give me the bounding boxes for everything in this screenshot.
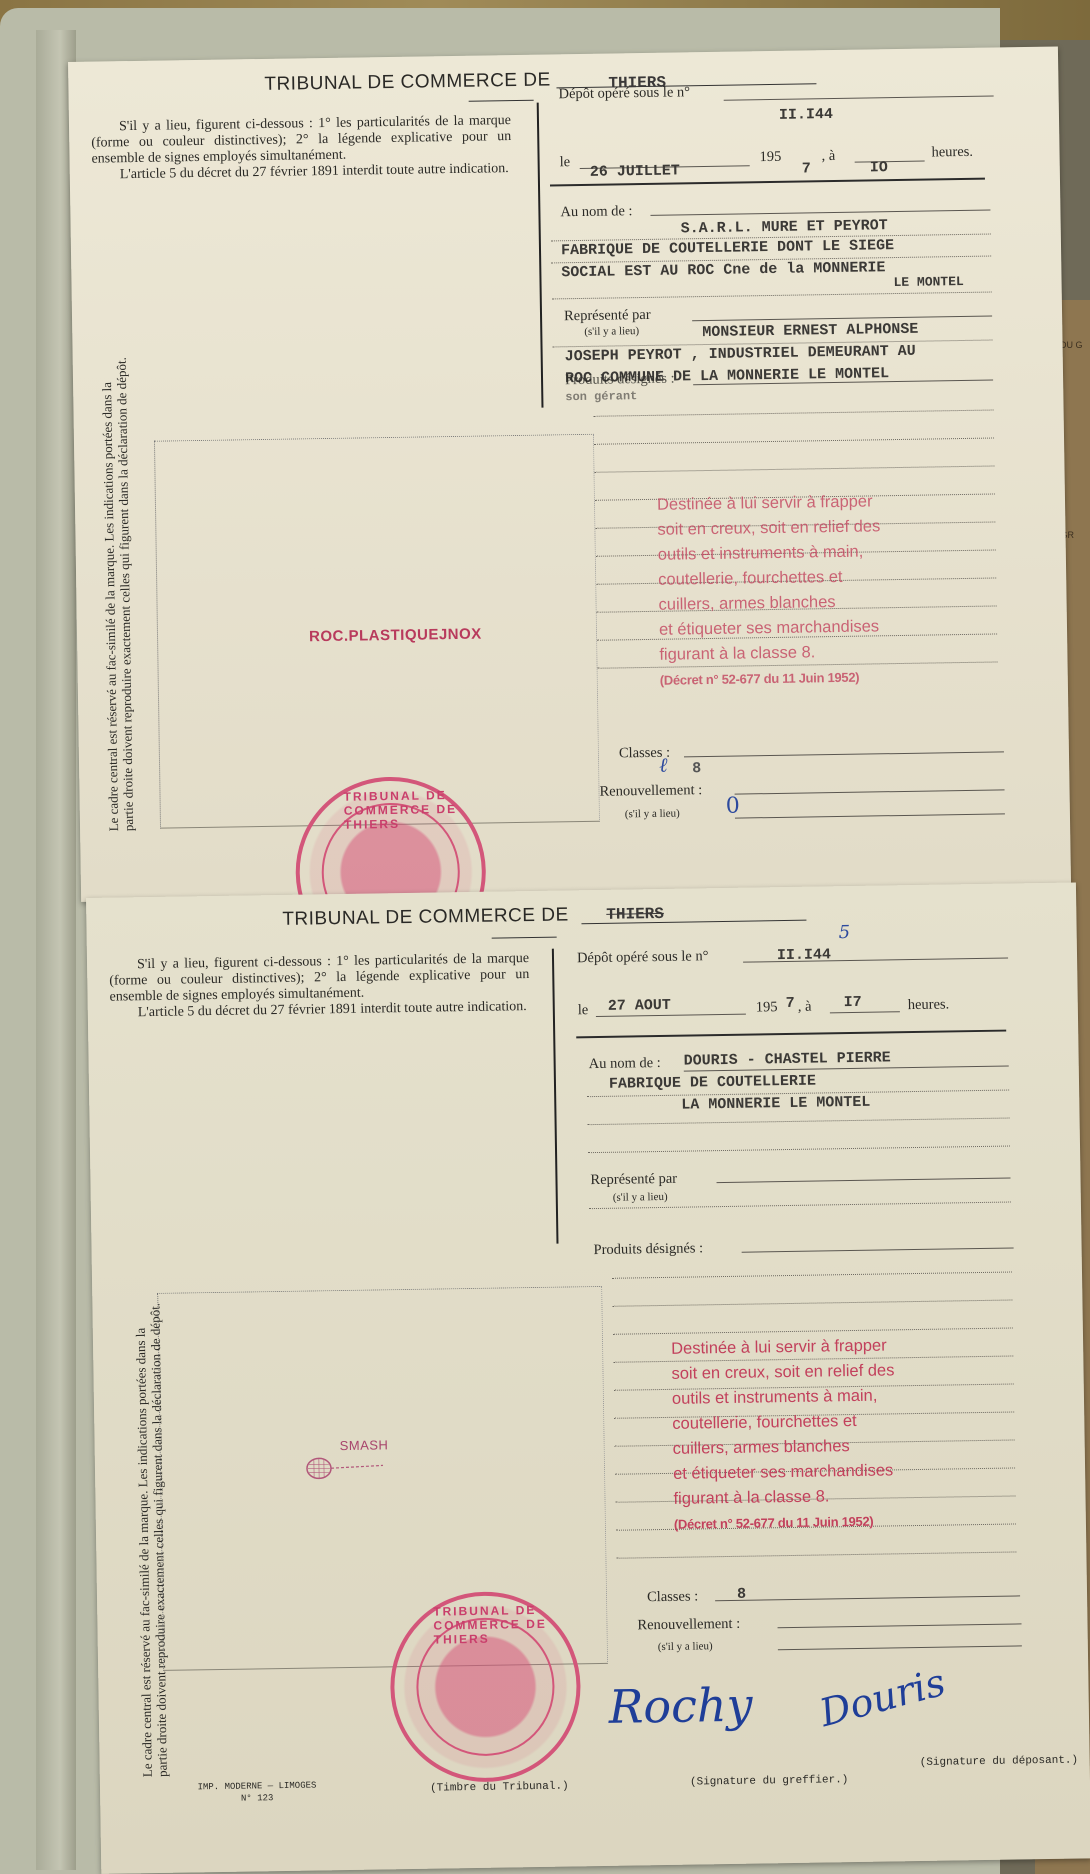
deposit-number-label: Dépôt opéré sous le n° [577,948,709,967]
products-label: Produits désignés : [565,371,675,390]
renewal-sublabel: (s'il y a lieu) [658,1640,713,1653]
depositor-signature: Douris [815,1660,950,1735]
handwritten-mark: ℓ [659,753,668,778]
products-line [742,1247,1014,1252]
classes-label: Classes : [647,1588,698,1606]
court-name: THIERS [606,905,664,924]
deposit-date: 26 JUILLET [590,162,680,180]
instructions: S'il y a lieu, figurent ci-dessous : 1° … [91,113,512,184]
name-label: Au nom de : [589,1055,661,1073]
products-stamp: Destinée à lui servir à frapper soit en … [657,489,930,693]
trademark-deposit-form-2: TRIBUNAL DE COMMERCE DE THIERS S'il y a … [86,882,1090,1873]
renewal-label: Renouvellement : [637,1616,740,1635]
renewal-line-2 [778,1645,1022,1650]
deposit-time: I7 [844,994,862,1011]
classes-line [684,751,1004,757]
name-line-3: LA MONNERIE LE MONTEL [681,1094,870,1114]
representative-line-1: MONSIEUR ERNEST ALPHONSE [702,321,918,341]
year-suffix: 7 [786,995,795,1012]
form-title: TRIBUNAL DE COMMERCE DE [264,69,551,95]
header-underline [492,937,557,939]
deposit-number-line [724,95,994,100]
time-suffix: heures. [931,144,973,162]
date-prefix: le [560,154,571,171]
year-suffix: 7 [802,160,811,177]
time-line [855,161,925,163]
deposit-number: II.I44 [779,106,833,124]
deposit-number: II.I44 [777,946,831,964]
seal-text: TRIBUNAL DE COMMERCE DE THIERS [343,788,481,832]
stamp-caption: (Timbre du Tribunal.) [430,1781,569,1795]
name-line [650,210,990,216]
tribunal-seal: TRIBUNAL DE COMMERCE DE THIERS [389,1590,582,1783]
classes-value: 8 [692,760,701,777]
name-line-3: SOCIAL EST AU ROC Cne de la MONNERIE [561,259,885,281]
time-prefix: , à [798,999,812,1016]
representative-sublabel: (s'il y a lieu) [613,1191,668,1204]
deposit-date: 27 AOUT [608,997,671,1015]
representative-line [717,1178,1011,1184]
classes-line [715,1595,1020,1601]
depositor-signature-caption: (Signature du déposant.) [920,1755,1079,1769]
clerk-signature-caption: (Signature du greffier.) [690,1774,849,1788]
name-label: Au nom de : [560,203,632,221]
deposit-number-label: Dépôt opéré sous le n° [558,84,690,103]
representative-label: Représenté par [564,307,651,325]
dotted-line [588,1146,1010,1154]
renewal-label: Renouvellement : [599,782,702,801]
dotted-line [612,1272,1012,1279]
trademark-wordmark: SMASH [340,1437,389,1453]
instructions: S'il y a lieu, figurent ci-dessous : 1° … [109,951,530,1022]
header-underline [469,100,534,102]
representative-line-4: son gérant [565,389,637,404]
renewal-sublabel: (s'il y a lieu) [625,807,680,820]
dotted-line [594,410,994,417]
seal-text: TRIBUNAL DE COMMERCE DE THIERS [433,1602,576,1646]
representative-label: Représenté par [590,1171,677,1189]
trademark-deposit-form-1: TRIBUNAL DE COMMERCE DE THIERS S'il y a … [68,46,1071,901]
trademark-wordmark: ROC.PLASTIQUEJNOX [309,626,482,646]
dotted-line [588,1118,1010,1126]
name-line-2: FABRIQUE DE COUTELLERIE [609,1073,816,1093]
year-prefix: 195 [756,999,778,1016]
representative-sublabel: (s'il y a lieu) [584,325,639,338]
time-suffix: heures. [908,996,950,1014]
handwritten-correction: 5 [838,922,850,943]
dotted-line [595,465,995,472]
renewal-line [735,789,1005,794]
column-divider [537,103,544,408]
renewal-line [778,1623,1022,1628]
form-title: TRIBUNAL DE COMMERCE DE [282,904,569,930]
clerk-signature: Rochy [608,1678,753,1734]
products-stamp: Destinée à lui servir à frapper soit en … [671,1333,944,1537]
products-label: Produits désignés : [593,1240,703,1259]
dotted-line [552,292,992,300]
deposit-time: IO [870,159,888,176]
dotted-line [612,1299,1012,1306]
classes-value: 8 [737,1586,746,1603]
handwritten-mark: 0 [726,794,740,819]
dotted-line [616,1551,1016,1558]
dotted-line [594,438,994,445]
vertical-note: Le cadre central est réservé au fac-simi… [99,357,136,831]
name-line-1: DOURIS - CHASTEL PIERRE [684,1049,891,1069]
renewal-line-2 [735,813,1005,818]
printer-imprint: IMP. MODERNE — LIMOGES N° 123 [182,1779,332,1805]
year-prefix: 195 [759,149,781,166]
section-separator [576,1030,1006,1039]
date-prefix: le [578,1002,589,1019]
column-divider [552,949,559,1244]
representative-line [692,316,992,322]
time-line [830,1011,900,1013]
name-line-4: LE MONTEL [893,274,963,290]
name-line-1: S.A.R.L. MURE ET PEYROT [681,217,888,237]
time-prefix: , à [821,148,835,165]
folder-edge [36,30,76,1870]
